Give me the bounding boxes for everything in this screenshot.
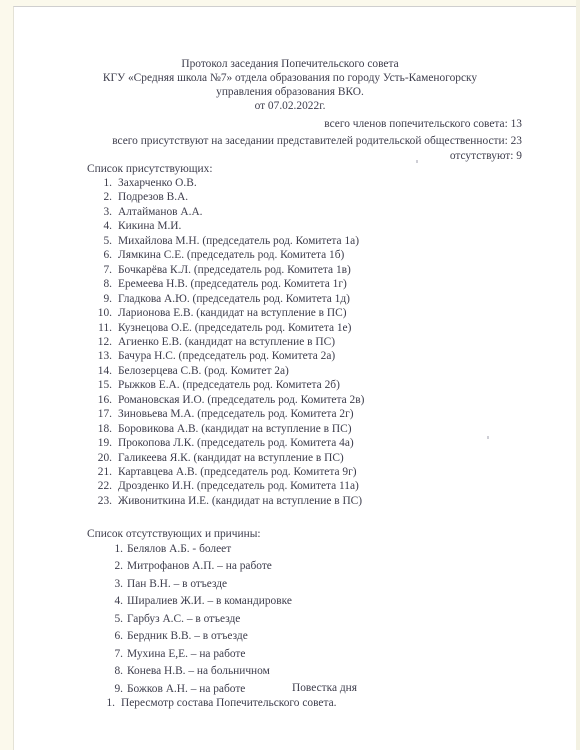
list-item-text: Бачура Н.С. (председатель род. Комитета … [118, 350, 335, 362]
list-item-number: 2. [90, 191, 112, 204]
list-item-text: Бочкарёва К.Л. (председатель род. Комите… [118, 264, 351, 276]
list-item-text: Белялов А.Б. - болеет [127, 543, 231, 555]
list-item-number: 18. [90, 423, 112, 436]
list-item-text: Ширалиев Ж.И. – в командировке [127, 595, 292, 607]
list-item-number: 4. [103, 595, 123, 608]
list-item-text: Галикеева Я.К. (кандидат на вступление в… [118, 452, 344, 464]
list-item: 19.Прокопова Л.К. (председатель род. Ком… [90, 437, 354, 450]
list-item-number: 2. [103, 560, 123, 573]
list-item-number: 22. [90, 480, 112, 493]
list-item-number: 17. [90, 408, 112, 421]
list-item: 5.Михайлова М.Н. (председатель род. Коми… [90, 235, 359, 248]
list-item-number: 6. [103, 630, 123, 643]
list-item-number: 15. [90, 379, 112, 392]
list-item: 15.Рыжков Е.А. (председатель род. Комите… [90, 379, 340, 392]
list-item-text: Еремеева Н.В. (председатель род. Комитет… [118, 278, 347, 290]
list-item-text: Прокопова Л.К. (председатель род. Комите… [118, 437, 354, 449]
scan-speck [416, 160, 418, 163]
list-item: 16.Романовская И.О. (председатель род. К… [90, 394, 364, 407]
list-item-text: Кикина М.И. [118, 220, 181, 232]
list-item-text: Кузнецова О.Е. (председатель род. Комите… [118, 322, 351, 334]
list-item: 18.Боровикова А.В. (кандидат на вступлен… [90, 423, 352, 436]
list-item-number: 12. [90, 336, 112, 349]
list-item-number: 14. [90, 365, 112, 378]
list-item-text: Бердник В.В. – в отъезде [127, 630, 248, 642]
list-item: 3.Алтайманов А.А. [90, 206, 203, 219]
agenda-heading: Повестка дня [292, 682, 357, 695]
list-item: 22.Дрозденко И.Н. (председатель род. Ком… [90, 480, 359, 493]
list-item: 10.Ларионова Е.В. (кандидат на вступлени… [90, 307, 347, 320]
list-item-text: Гарбуз А.С. – в отъезде [127, 613, 240, 625]
list-item-number: 5. [103, 613, 123, 626]
list-item: 4.Ширалиев Ж.И. – в командировке [103, 595, 292, 608]
list-item: 23.Живониткина И.Е. (кандидат на вступле… [90, 495, 362, 508]
list-item-text: Картавцева А.В. (председатель род. Комит… [118, 466, 357, 478]
list-item-number: 7. [103, 648, 123, 661]
list-item: 13.Бачура Н.С. (председатель род. Комите… [90, 350, 335, 363]
list-item-text: Лямкина С.Е. (председатель род. Комитета… [118, 249, 344, 261]
list-item-number: 21. [90, 466, 112, 479]
list-item-number: 7. [90, 264, 112, 277]
department-name: управления образования ВКО. [0, 86, 580, 99]
list-item-text: Божков А.Н. – на работе [127, 683, 245, 695]
list-item-text: Захарченко О.В. [118, 177, 197, 189]
list-item-text: Рыжков Е.А. (председатель род. Комитета … [118, 379, 340, 391]
list-item-text: Ларионова Е.В. (кандидат на вступление в… [118, 307, 347, 319]
list-item: 2.Митрофанов А.П. – на работе [103, 560, 272, 573]
list-item-text: Конева Н.В. – на больничном [127, 665, 270, 677]
list-item-text: Пан В.Н. – в отъезде [127, 578, 227, 590]
absent-count: отсутствуют: 9 [450, 150, 522, 163]
list-item-text: Подрезов В.А. [118, 191, 188, 203]
document-title: Протокол заседания Попечительского совет… [0, 58, 580, 71]
list-item: 4.Кикина М.И. [90, 220, 181, 233]
list-item-number: 6. [90, 249, 112, 262]
list-item-number: 20. [90, 452, 112, 465]
list-item-text: Гладкова А.Ю. (председатель род. Комитет… [118, 293, 350, 305]
list-item-text: Алтайманов А.А. [118, 206, 203, 218]
list-item-number: 8. [103, 665, 123, 678]
list-item-number: 10. [90, 307, 112, 320]
list-item: 5.Гарбуз А.С. – в отъезде [103, 613, 240, 626]
list-item: 1.Захарченко О.В. [90, 177, 197, 190]
list-item: 7.Мухина Е,Е. – на работе [103, 648, 245, 661]
list-item: 3.Пан В.Н. – в отъезде [103, 578, 227, 591]
list-item: 17.Зиновьева М.А. (председатель род. Ком… [90, 408, 354, 421]
list-item: 11.Кузнецова О.Е. (председатель род. Ком… [90, 322, 351, 335]
list-item-text: Боровикова А.В. (кандидат на вступление … [118, 423, 352, 435]
list-item: 6.Лямкина С.Е. (председатель род. Комите… [90, 249, 344, 262]
list-item-number: 8. [90, 278, 112, 291]
list-item-text: Мухина Е,Е. – на работе [127, 648, 245, 660]
present-list-heading: Список присутствующих: [87, 163, 212, 176]
list-item-text: Михайлова М.Н. (председатель род. Комите… [118, 235, 359, 247]
list-item: 21.Картавцева А.В. (председатель род. Ко… [90, 466, 357, 479]
list-item: 1.Пересмотр состава Попечительского сове… [93, 697, 336, 710]
list-item-number: 9. [103, 683, 123, 696]
document-date: от 07.02.2022г. [0, 100, 580, 113]
scan-speck [487, 436, 489, 439]
list-item-number: 11. [90, 322, 112, 335]
list-item-text: Романовская И.О. (председатель род. Коми… [118, 394, 364, 406]
list-item: 12.Агиенко Е.В. (кандидат на вступление … [90, 336, 335, 349]
list-item: 20.Галикеева Я.К. (кандидат на вступлени… [90, 452, 344, 465]
list-item-number: 3. [103, 578, 123, 591]
list-item-number: 1. [103, 543, 123, 556]
list-item: 1.Белялов А.Б. - болеет [103, 543, 231, 556]
list-item-text: Белозерцева С.В. (род. Комитет 2а) [118, 365, 289, 377]
list-item: 7.Бочкарёва К.Л. (председатель род. Коми… [90, 264, 351, 277]
list-item-number: 19. [90, 437, 112, 450]
list-item-number: 1. [93, 697, 115, 710]
list-item: 9.Божков А.Н. – на работе [103, 683, 245, 696]
list-item: 8.Конева Н.В. – на больничном [103, 665, 270, 678]
list-item: 8.Еремеева Н.В. (председатель род. Комит… [90, 278, 347, 291]
list-item-number: 23. [90, 495, 112, 508]
list-item-number: 5. [90, 235, 112, 248]
list-item-text: Живониткина И.Е. (кандидат на вступление… [118, 495, 362, 507]
list-item: 14.Белозерцева С.В. (род. Комитет 2а) [90, 365, 289, 378]
list-item: 9.Гладкова А.Ю. (председатель род. Комит… [90, 293, 350, 306]
list-item: 6.Бердник В.В. – в отъезде [103, 630, 248, 643]
list-item: 2.Подрезов В.А. [90, 191, 188, 204]
list-item-number: 1. [90, 177, 112, 190]
absent-list-heading: Список отсутствующих и причины: [87, 528, 261, 541]
list-item-text: Дрозденко И.Н. (председатель род. Комите… [118, 480, 359, 492]
list-item-number: 4. [90, 220, 112, 233]
present-count: всего присутствуют на заседании представ… [112, 135, 522, 148]
list-item-text: Зиновьева М.А. (председатель род. Комите… [118, 408, 354, 420]
members-count: всего членов попечительского совета: 13 [324, 118, 522, 131]
list-item-text: Митрофанов А.П. – на работе [127, 560, 272, 572]
list-item-text: Агиенко Е.В. (кандидат на вступление в П… [118, 336, 335, 348]
organization-name: КГУ «Средняя школа №7» отдела образовани… [0, 72, 580, 85]
list-item-number: 3. [90, 206, 112, 219]
list-item-number: 9. [90, 293, 112, 306]
list-item-number: 13. [90, 350, 112, 363]
list-item-text: Пересмотр состава Попечительского совета… [121, 697, 336, 709]
list-item-number: 16. [90, 394, 112, 407]
